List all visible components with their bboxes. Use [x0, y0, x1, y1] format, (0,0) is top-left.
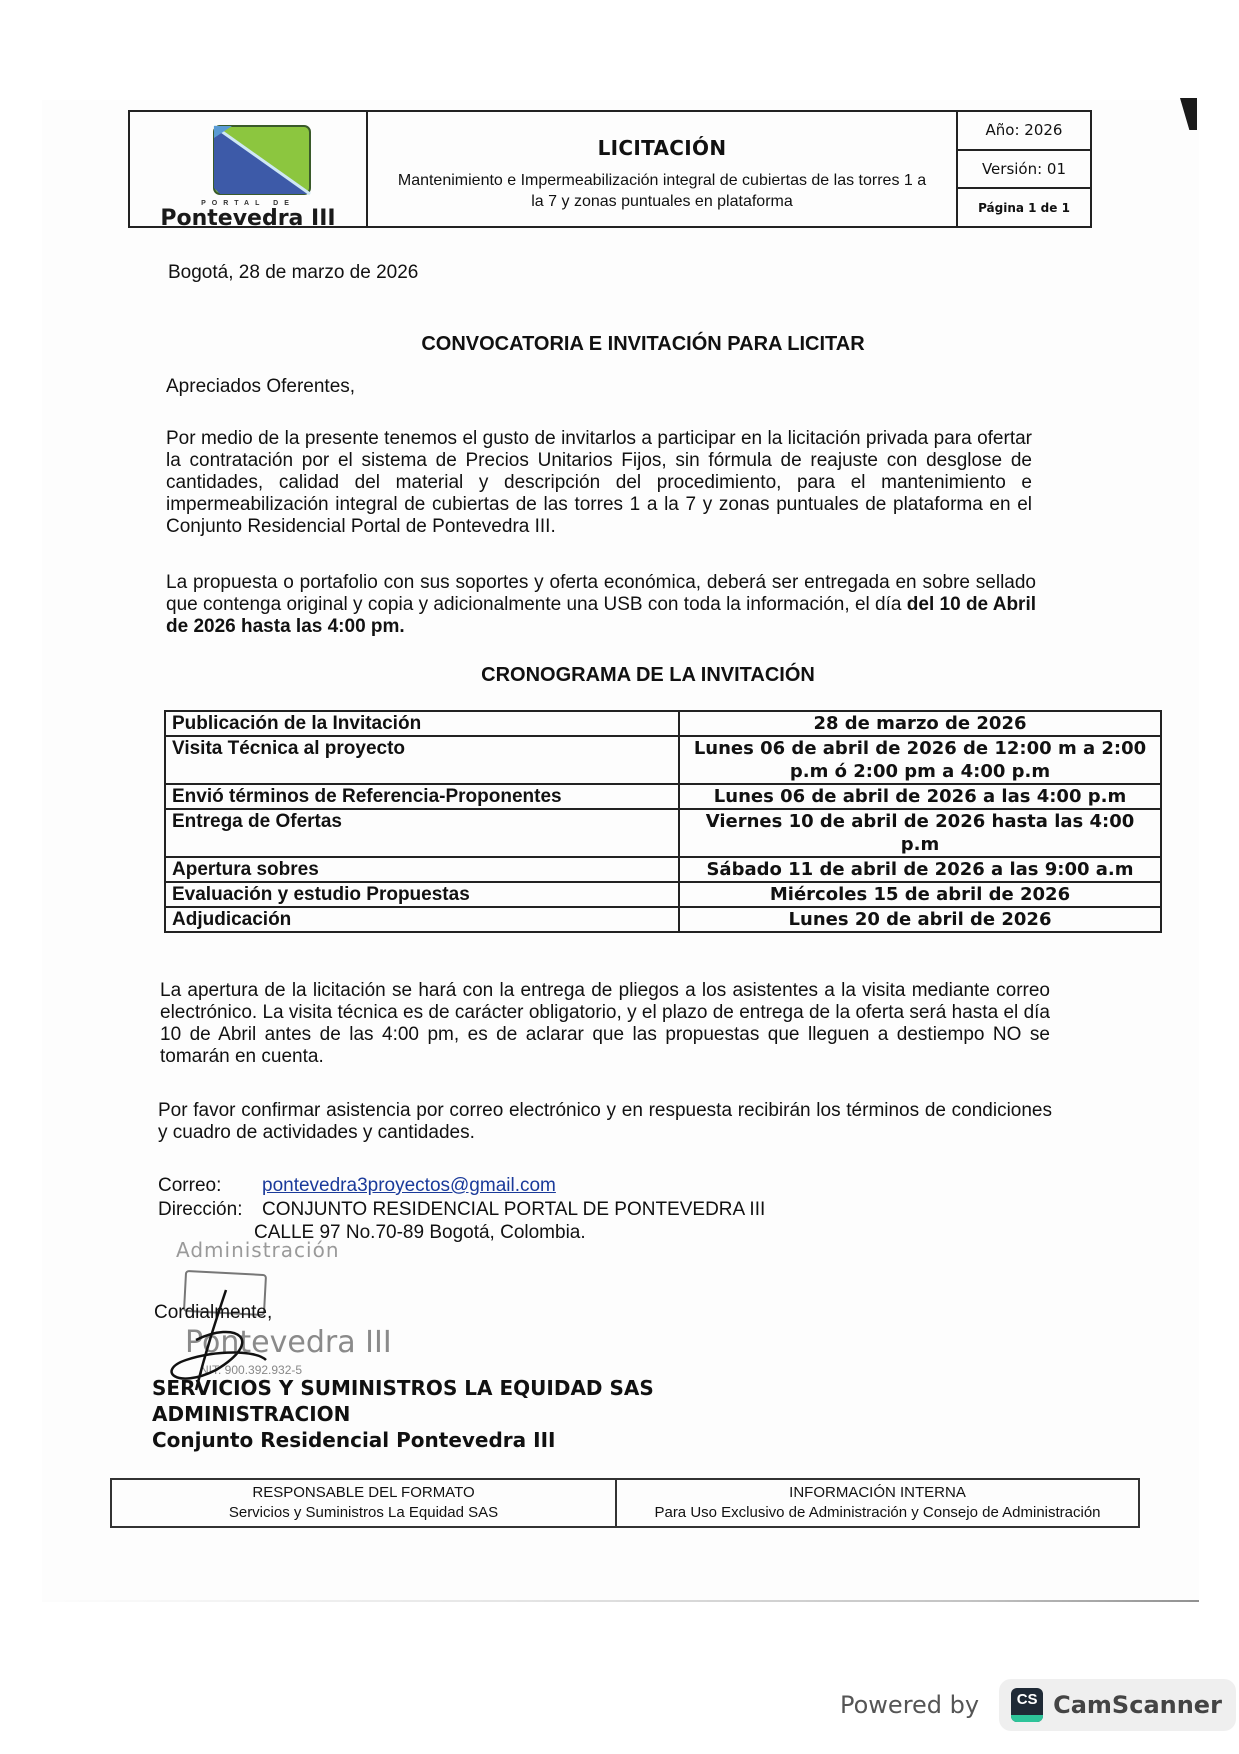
footer-internal-value: Para Uso Exclusivo de Administración y C…: [654, 1503, 1100, 1523]
schedule-activity: Apertura sobres: [165, 857, 679, 882]
schedule-date: Lunes 06 de abril de 2026 a las 4:00 p.m: [679, 784, 1161, 809]
page-label: Página 1 de 1: [958, 189, 1090, 226]
schedule-activity: Adjudicación: [165, 907, 679, 932]
schedule-heading: CRONOGRAMA DE LA INVITACIÓN: [168, 664, 1128, 686]
paragraph-invitation: Por medio de la presente tenemos el gust…: [166, 428, 1032, 538]
paragraph-opening: La apertura de la licitación se hará con…: [160, 980, 1050, 1068]
camscanner-logo-icon: CS: [1011, 1688, 1043, 1722]
table-row: Envió términos de Referencia-Proponentes…: [165, 784, 1161, 809]
document-subtitle: Mantenimiento e Impermeabilización integ…: [368, 170, 956, 212]
camscanner-watermark: Powered by CS CamScanner: [840, 1680, 1236, 1730]
table-row: Visita Técnica al proyectoLunes 06 de ab…: [165, 736, 1161, 784]
stamp-admin-text: Administración: [176, 1238, 340, 1262]
schedule-activity: Entrega de Ofertas: [165, 809, 679, 857]
powered-by-text: Powered by: [840, 1691, 979, 1719]
footer-responsible-value: Servicios y Suministros La Equidad SAS: [229, 1503, 498, 1523]
paragraph-proposal: La propuesta o portafolio con sus soport…: [166, 572, 1036, 638]
document-header: PORTAL DE Pontevedra III LICITACIÓN Mant…: [128, 110, 1092, 228]
address-label: Dirección:: [158, 1199, 242, 1221]
table-row: Apertura sobresSábado 11 de abril de 202…: [165, 857, 1161, 882]
logo-big-text: Pontevedra III: [130, 206, 366, 231]
email-label: Correo:: [158, 1175, 221, 1197]
address-line1: CONJUNTO RESIDENCIAL PORTAL DE PONTEVEDR…: [262, 1199, 765, 1221]
schedule-activity: Publicación de la Invitación: [165, 711, 679, 736]
schedule-date: 28 de marzo de 2026: [679, 711, 1161, 736]
schedule-activity: Visita Técnica al proyecto: [165, 736, 679, 784]
camscanner-brand: CamScanner: [1053, 1691, 1222, 1719]
schedule-table: Publicación de la Invitación28 de marzo …: [164, 710, 1162, 933]
table-row: Publicación de la Invitación28 de marzo …: [165, 711, 1161, 736]
table-row: AdjudicaciónLunes 20 de abril de 2026: [165, 907, 1161, 932]
version-label: Versión: 01: [958, 151, 1090, 190]
footer-responsible-title: RESPONSABLE DEL FORMATO: [252, 1483, 474, 1503]
schedule-date: Miércoles 15 de abril de 2026: [679, 882, 1161, 907]
page-edge: [42, 1600, 1199, 1602]
schedule-date: Viernes 10 de abril de 2026 hasta las 4:…: [679, 809, 1161, 857]
schedule-date: Sábado 11 de abril de 2026 a las 9:00 a.…: [679, 857, 1161, 882]
footer-internal-title: INFORMACIÓN INTERNA: [789, 1483, 966, 1503]
signer-company: SERVICIOS Y SUMINISTROS LA EQUIDAD SAS: [152, 1377, 654, 1399]
year-label: Año: 2026: [958, 112, 1090, 151]
title-cell: LICITACIÓN Mantenimiento e Impermeabiliz…: [368, 112, 958, 226]
document-title: LICITACIÓN: [368, 136, 956, 160]
table-row: Entrega de OfertasViernes 10 de abril de…: [165, 809, 1161, 857]
footer-responsible: RESPONSABLE DEL FORMATO Servicios y Sumi…: [112, 1480, 617, 1526]
portal-pontevedra-logo-icon: [212, 124, 312, 196]
footer-internal: INFORMACIÓN INTERNA Para Uso Exclusivo d…: [617, 1480, 1138, 1526]
proposal-text: La propuesta o portafolio con sus soport…: [166, 572, 1036, 615]
letter-heading: CONVOCATORIA E INVITACIÓN PARA LICITAR: [168, 333, 1118, 355]
schedule-activity: Evaluación y estudio Propuestas: [165, 882, 679, 907]
signer-residential: Conjunto Residencial Pontevedra III: [152, 1429, 555, 1451]
schedule-date: Lunes 06 de abril de 2026 de 12:00 m a 2…: [679, 736, 1161, 784]
schedule-date: Lunes 20 de abril de 2026: [679, 907, 1161, 932]
table-row: Evaluación y estudio PropuestasMiércoles…: [165, 882, 1161, 907]
letter-date: Bogotá, 28 de marzo de 2026: [168, 262, 418, 284]
email-link[interactable]: pontevedra3proyectos@gmail.com: [262, 1175, 556, 1197]
paragraph-confirm: Por favor confirmar asistencia por corre…: [158, 1100, 1052, 1144]
schedule-activity: Envió términos de Referencia-Proponentes: [165, 784, 679, 809]
signer-role: ADMINISTRACION: [152, 1403, 350, 1425]
meta-cell: Año: 2026 Versión: 01 Página 1 de 1: [958, 112, 1090, 226]
camscanner-badge[interactable]: CS CamScanner: [999, 1679, 1236, 1731]
format-footer: RESPONSABLE DEL FORMATO Servicios y Sumi…: [110, 1478, 1140, 1528]
salutation: Apreciados Oferentes,: [166, 376, 355, 398]
logo-cell: PORTAL DE Pontevedra III: [130, 112, 368, 226]
